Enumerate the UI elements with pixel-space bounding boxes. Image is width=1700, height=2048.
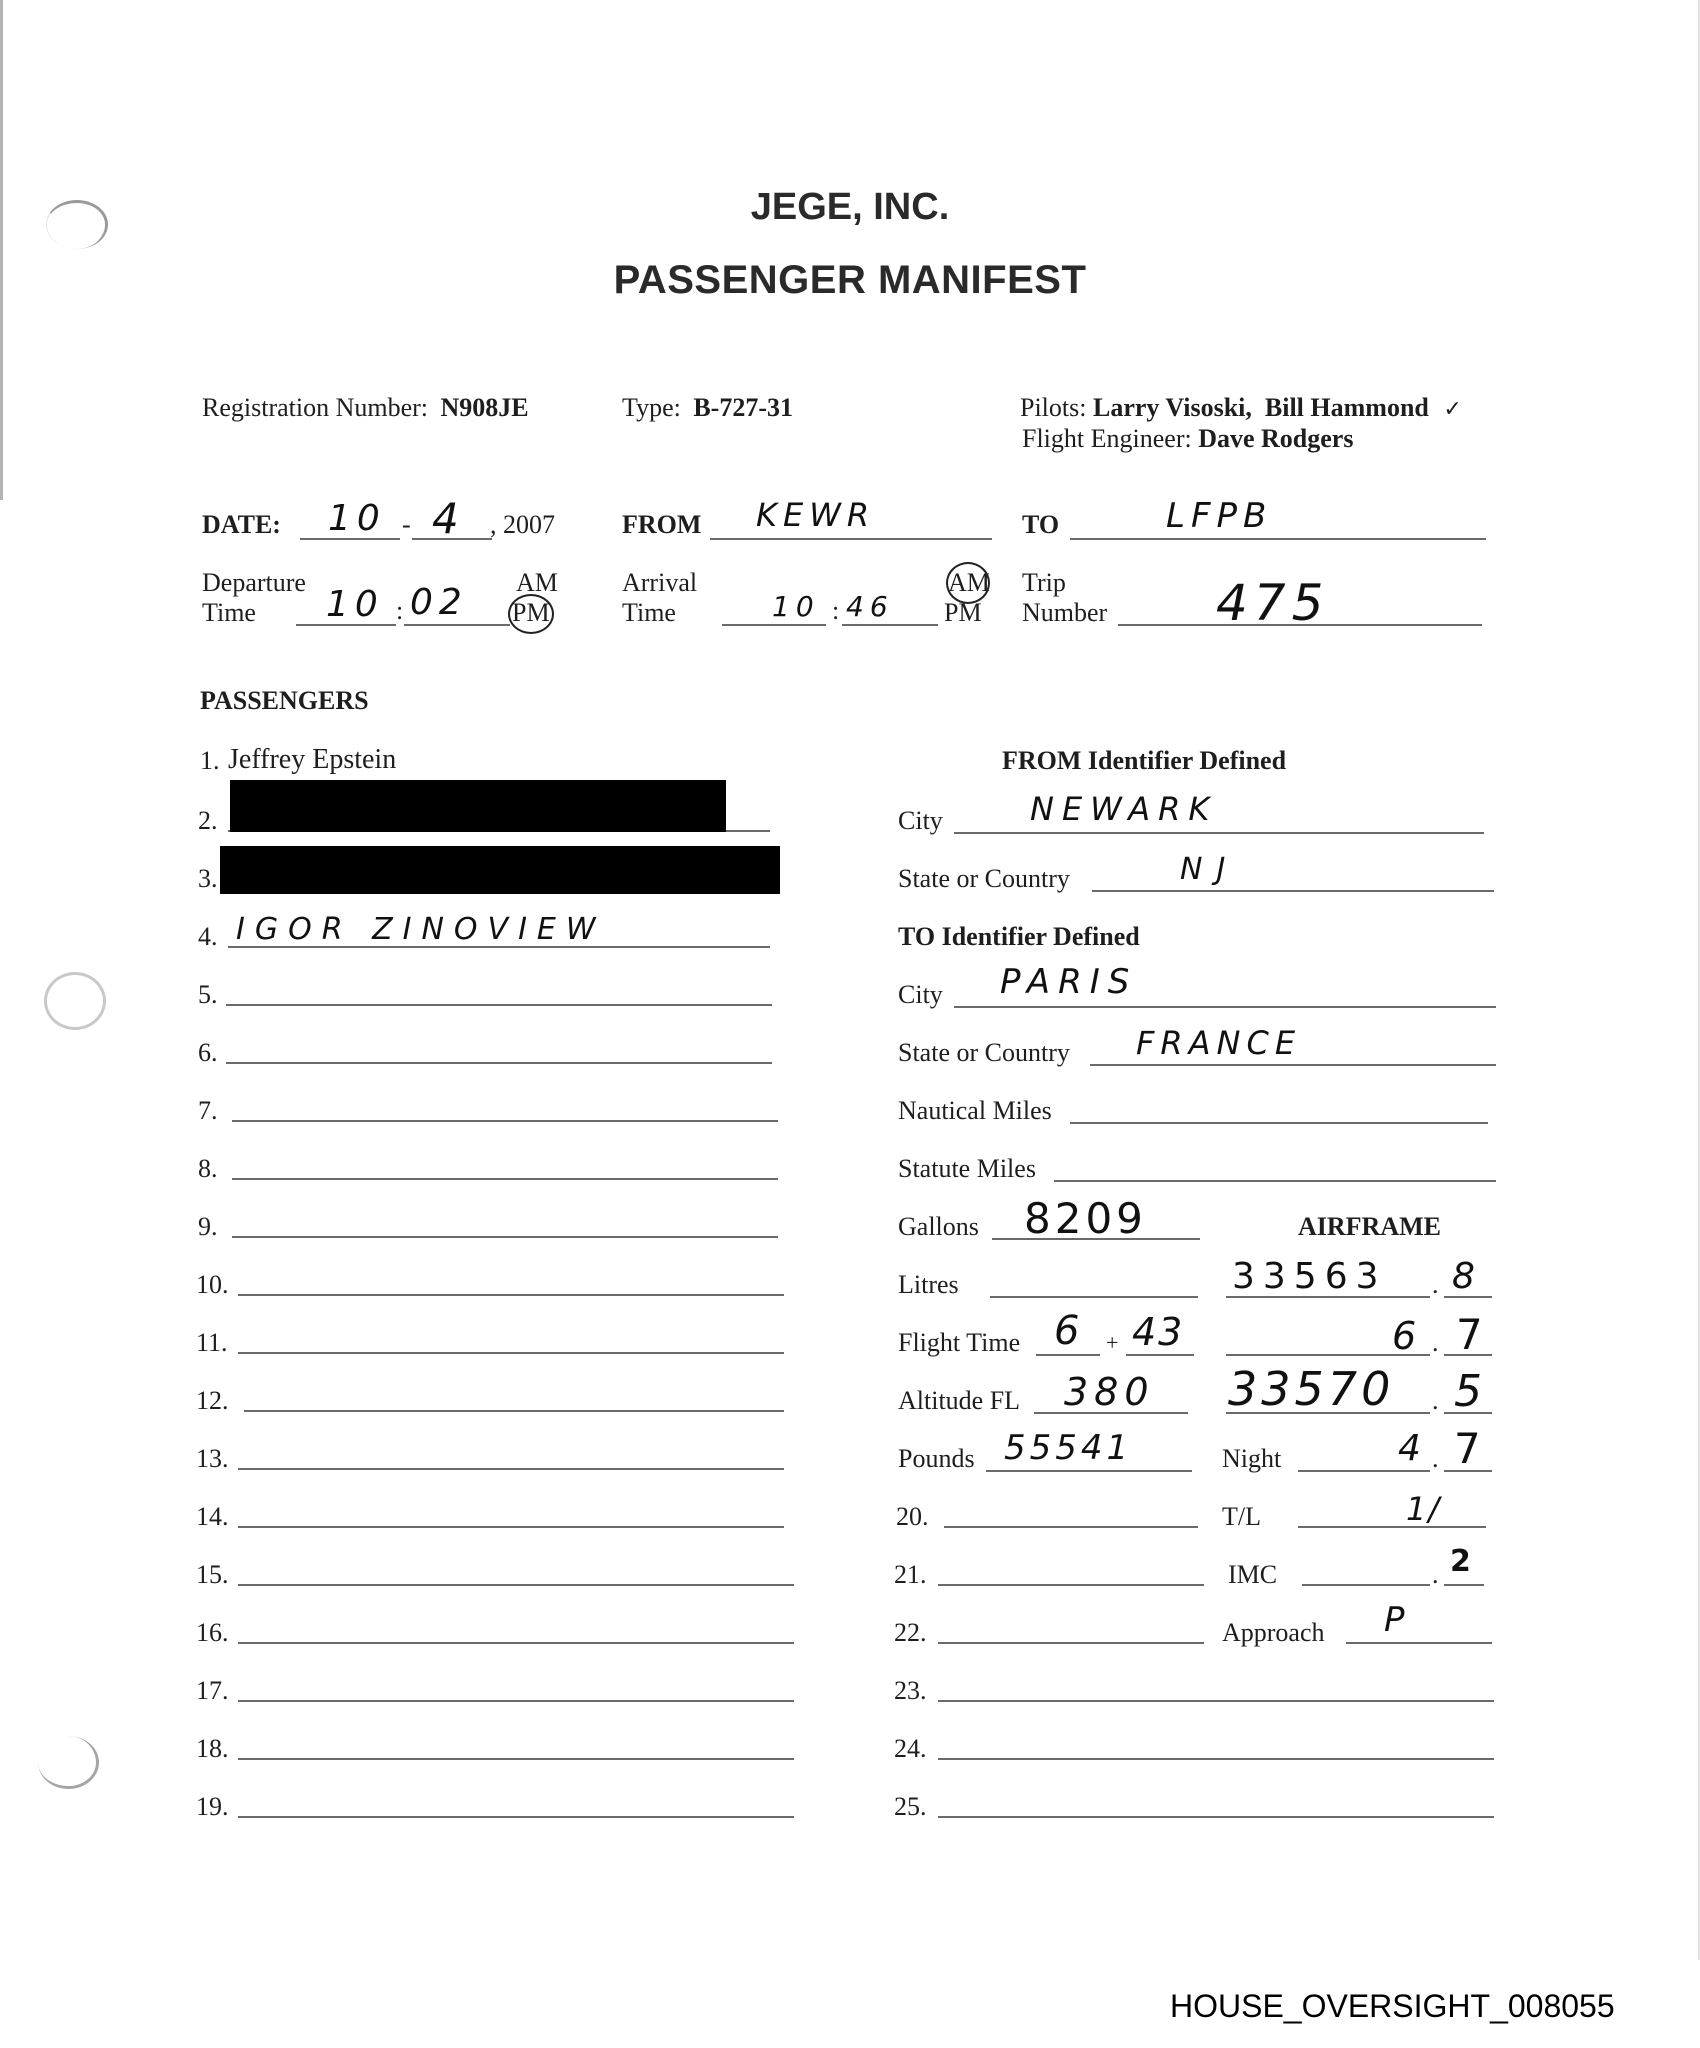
airframe-start-whole[interactable]: 33563	[1232, 1256, 1387, 1297]
passenger-18-line[interactable]	[238, 1758, 794, 1760]
imc-tenth-line	[1444, 1584, 1484, 1586]
passenger-15-line[interactable]	[238, 1584, 794, 1586]
passenger-22-line[interactable]	[938, 1642, 1204, 1644]
nautical-miles-label: Nautical Miles	[898, 1096, 1052, 1126]
flight-time-hours-line	[1036, 1354, 1100, 1356]
page-edge	[0, 0, 3, 500]
passenger-11-number: 11.	[196, 1328, 228, 1358]
pilots-label: Pilots:	[1020, 393, 1086, 422]
type-field: Type: B-727-31	[622, 393, 793, 423]
passenger-6-number: 6.	[198, 1038, 218, 1068]
departure-hour-value[interactable]: 10	[326, 584, 384, 625]
passenger-21-number: 21.	[894, 1560, 927, 1590]
from-state-line	[1092, 890, 1494, 892]
passenger-23-number: 23.	[894, 1676, 927, 1706]
arrival-pm-option[interactable]: PM	[944, 598, 982, 628]
flight-time-label: Flight Time	[898, 1328, 1020, 1358]
departure-min-line	[404, 624, 510, 626]
passenger-7-number: 7.	[198, 1096, 218, 1126]
checkmark-icon: ✓	[1443, 397, 1461, 422]
engineer-field: Flight Engineer: Dave Rodgers	[1022, 424, 1353, 454]
passenger-2-number: 2.	[198, 806, 218, 836]
date-year: , 2007	[490, 510, 555, 540]
passenger-21-line[interactable]	[938, 1584, 1204, 1586]
tl-line	[1298, 1526, 1486, 1528]
bates-number: HOUSE_OVERSIGHT_008055	[1170, 1988, 1615, 2025]
arrival-min-line	[842, 624, 938, 626]
engineer-value: Dave Rodgers	[1198, 424, 1353, 453]
night-label: Night	[1222, 1444, 1281, 1474]
company-name: JEGE, INC.	[0, 186, 1700, 229]
litres-line[interactable]	[990, 1296, 1198, 1298]
document-title: PASSENGER MANIFEST	[0, 258, 1700, 303]
to-line	[1070, 538, 1486, 540]
airframe-end-tenth[interactable]: 5	[1454, 1366, 1488, 1417]
passenger-17-line[interactable]	[238, 1700, 794, 1702]
nautical-miles-line[interactable]	[1070, 1122, 1488, 1124]
type-value: B-727-31	[693, 393, 793, 422]
from-identifier-heading: FROM Identifier Defined	[1002, 746, 1286, 776]
binder-hole-middle	[44, 972, 106, 1030]
passenger-14-line[interactable]	[238, 1526, 784, 1528]
passenger-4-number: 4.	[198, 922, 218, 952]
passenger-12-line[interactable]	[244, 1410, 784, 1412]
pounds-line	[986, 1470, 1192, 1472]
from-label: FROM	[622, 510, 701, 540]
airframe-heading: AIRFRAME	[1298, 1212, 1441, 1242]
passenger-20-number: 20.	[896, 1502, 929, 1532]
flight-time-hours[interactable]: 6	[1054, 1308, 1085, 1354]
passenger-19-number: 19.	[196, 1792, 229, 1822]
litres-label: Litres	[898, 1270, 959, 1300]
passenger-8-number: 8.	[198, 1154, 218, 1184]
registration-label: Registration Number:	[202, 393, 428, 422]
arrival-colon: :	[832, 596, 839, 626]
passenger-4-name[interactable]: IGOR ZINOVIEW	[236, 912, 606, 947]
engineer-label: Flight Engineer:	[1022, 424, 1192, 453]
airframe-end-whole[interactable]: 33570	[1228, 1362, 1394, 1416]
night-tenth[interactable]: 7	[1454, 1424, 1487, 1473]
airframe-flight-tenth[interactable]: 7	[1456, 1310, 1489, 1359]
night-dot: .	[1432, 1444, 1439, 1474]
tl-value[interactable]: 1/	[1406, 1490, 1441, 1528]
to-city-label: City	[898, 980, 943, 1010]
departure-min-value[interactable]: 02	[410, 582, 468, 623]
passenger-10-number: 10.	[196, 1270, 229, 1300]
passenger-25-line[interactable]	[938, 1816, 1494, 1818]
passenger-5-number: 5.	[198, 980, 218, 1010]
to-identifier-heading: TO Identifier Defined	[898, 922, 1140, 952]
from-state-value[interactable]: NJ	[1180, 852, 1239, 887]
to-state-label: State or Country	[898, 1038, 1070, 1068]
gallons-value[interactable]: 8209	[1024, 1194, 1147, 1243]
airframe-end-dot: .	[1432, 1386, 1439, 1416]
flight-time-plus: +	[1106, 1330, 1118, 1356]
to-city-value[interactable]: PARIS	[1000, 962, 1137, 1002]
arrival-min-value[interactable]: 46	[846, 590, 894, 623]
flight-time-min[interactable]: 43	[1132, 1310, 1184, 1354]
departure-am-option[interactable]: AM	[516, 568, 558, 598]
departure-colon: :	[396, 596, 403, 626]
arrival-label: Arrival Time	[622, 568, 697, 628]
from-city-line	[954, 832, 1484, 834]
passenger-11-line[interactable]	[238, 1352, 784, 1354]
airframe-start-dot: .	[1432, 1270, 1439, 1300]
to-city-line	[954, 1006, 1496, 1008]
passenger-7-line[interactable]	[232, 1120, 778, 1122]
passenger-24-number: 24.	[894, 1734, 927, 1764]
night-line	[1298, 1470, 1430, 1472]
passenger-19-line[interactable]	[238, 1816, 794, 1818]
passenger-18-number: 18.	[196, 1734, 229, 1764]
departure-label: Departure Time	[202, 568, 306, 628]
imc-dot: .	[1432, 1560, 1439, 1590]
binder-hole-bottom	[38, 1736, 99, 1789]
airframe-start-tenth[interactable]: 8	[1452, 1256, 1481, 1297]
altitude-value[interactable]: 380	[1064, 1370, 1155, 1414]
registration-value: N908JE	[441, 393, 529, 422]
approach-line	[1346, 1642, 1492, 1644]
statute-miles-line[interactable]	[1054, 1180, 1496, 1182]
passenger-12-number: 12.	[196, 1386, 229, 1416]
approach-value[interactable]: P	[1384, 1600, 1411, 1640]
date-month-value[interactable]: 10	[328, 498, 386, 539]
tl-label: T/L	[1222, 1502, 1261, 1532]
passenger-13-number: 13.	[196, 1444, 229, 1474]
to-label: TO	[1022, 510, 1059, 540]
flight-time-min-line	[1126, 1354, 1194, 1356]
passenger-10-line[interactable]	[238, 1294, 784, 1296]
night-whole[interactable]: 4	[1398, 1428, 1427, 1469]
airframe-flight-whole[interactable]: 6	[1392, 1314, 1422, 1358]
type-label: Type:	[622, 393, 681, 422]
passenger-17-number: 17.	[196, 1676, 229, 1706]
arrival-hour-line	[722, 624, 826, 626]
imc-line	[1302, 1584, 1430, 1586]
date-label: DATE:	[202, 510, 281, 540]
passenger-23-line[interactable]	[938, 1700, 1494, 1702]
passenger-6-line[interactable]	[226, 1062, 772, 1064]
imc-label: IMC	[1228, 1560, 1277, 1590]
passenger-16-number: 16.	[196, 1618, 229, 1648]
imc-tenth[interactable]: 2	[1450, 1544, 1477, 1579]
date-day-value[interactable]: 4	[432, 494, 465, 543]
passenger-1-number: 1.	[200, 746, 220, 776]
from-city-value[interactable]: NEWARK	[1030, 790, 1217, 828]
departure-pm-circle	[508, 594, 554, 634]
passenger-3-redaction	[220, 846, 780, 894]
registration-field: Registration Number: N908JE	[202, 393, 529, 423]
to-state-value[interactable]: FRANCE	[1136, 1024, 1301, 1062]
airframe-flight-dot: .	[1432, 1328, 1439, 1358]
passenger-25-number: 25.	[894, 1792, 927, 1822]
passenger-3-number: 3.	[198, 864, 218, 894]
passenger-14-number: 14.	[196, 1502, 229, 1532]
gallons-label: Gallons	[898, 1212, 979, 1242]
to-state-line	[1090, 1064, 1496, 1066]
statute-miles-label: Statute Miles	[898, 1154, 1036, 1184]
from-city-label: City	[898, 806, 943, 836]
from-line	[710, 538, 992, 540]
trip-number-value[interactable]: 475	[1216, 574, 1329, 632]
passengers-heading: PASSENGERS	[200, 686, 369, 716]
arrival-hour-value[interactable]: 10	[772, 590, 820, 623]
date-separator: -	[402, 510, 411, 540]
passenger-24-line[interactable]	[938, 1758, 1494, 1760]
passenger-15-number: 15.	[196, 1560, 229, 1590]
passenger-9-line[interactable]	[232, 1236, 778, 1238]
altitude-label: Altitude FL	[898, 1386, 1020, 1416]
passenger-20-line[interactable]	[944, 1526, 1198, 1528]
passenger-16-line[interactable]	[238, 1642, 794, 1644]
passenger-13-line[interactable]	[238, 1468, 784, 1470]
passenger-9-number: 9.	[198, 1212, 218, 1242]
to-value[interactable]: LFPB	[1166, 496, 1272, 536]
from-state-label: State or Country	[898, 864, 1070, 894]
pounds-value[interactable]: 55541	[1004, 1428, 1132, 1468]
passenger-5-line[interactable]	[226, 1004, 772, 1006]
approach-label: Approach	[1222, 1618, 1325, 1648]
passenger-8-line[interactable]	[232, 1178, 778, 1180]
pilots-value: Larry Visoski, Bill Hammond	[1093, 393, 1429, 422]
passenger-1-name[interactable]: Jeffrey Epstein	[228, 744, 396, 776]
passenger-22-number: 22.	[894, 1618, 927, 1648]
from-value[interactable]: KEWR	[756, 496, 875, 534]
pilots-field: Pilots: Larry Visoski, Bill Hammond ✓	[1020, 393, 1462, 423]
pounds-label: Pounds	[898, 1444, 975, 1474]
trip-label: Trip Number	[1022, 568, 1107, 628]
passenger-2-redaction	[230, 780, 726, 832]
